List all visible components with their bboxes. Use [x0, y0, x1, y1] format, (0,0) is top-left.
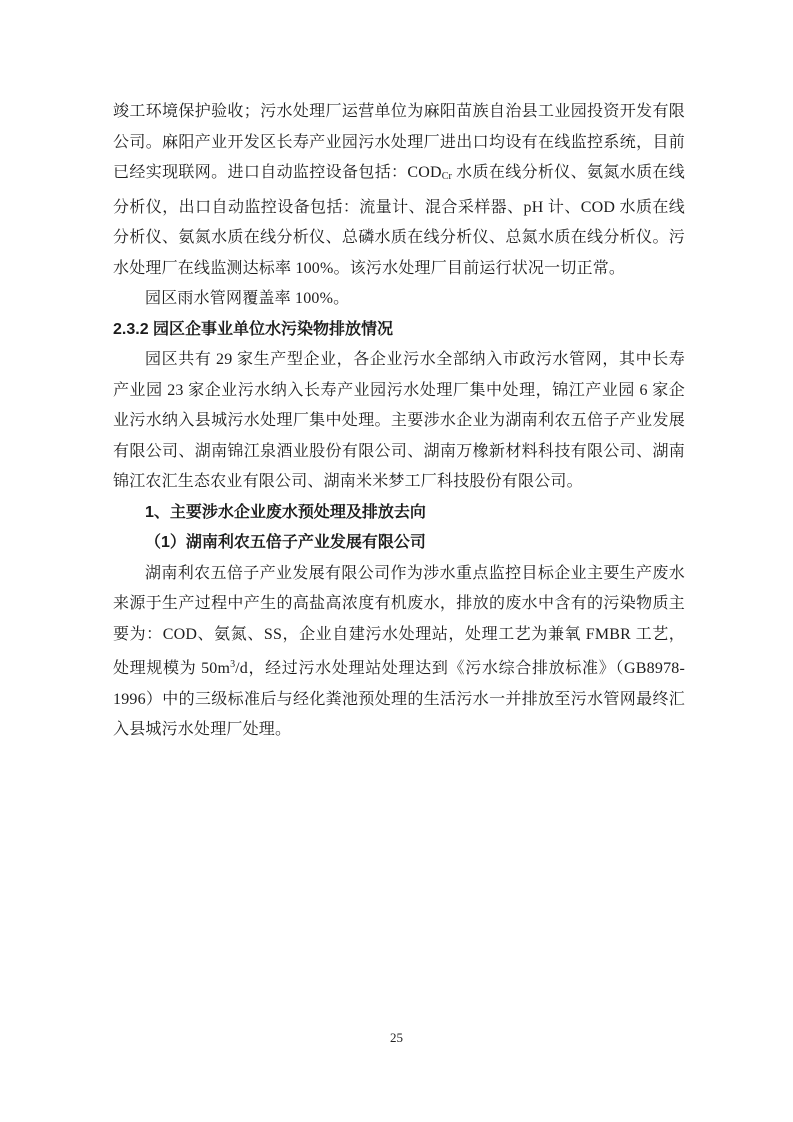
paragraph-company-1-detail: 湖南利农五倍子产业发展有限公司作为涉水重点监控目标企业主要生产废水来源于生产过程… — [113, 559, 685, 746]
cod-cr-subscript: Cr — [442, 171, 452, 182]
subheading-company-1: （1）湖南利农五倍子产业发展有限公司 — [113, 528, 685, 559]
document-page: 竣工环境保护验收；污水处理厂运营单位为麻阳苗族自治县工业园投资开发有限公司。麻阳… — [0, 0, 793, 1122]
page-number: 25 — [0, 1030, 793, 1046]
text-content: 竣工环境保护验收；污水处理厂运营单位为麻阳苗族自治县工业园投资开发有限公司。麻阳… — [113, 97, 685, 746]
section-heading-2-3-2: 2.3.2 园区企事业单位水污染物排放情况 — [113, 315, 685, 346]
paragraph-enterprises: 园区共有 29 家生产型企业，各企业污水全部纳入市政污水管网，其中长寿产业园 2… — [113, 345, 685, 498]
paragraph-monitoring: 竣工环境保护验收；污水处理厂运营单位为麻阳苗族自治县工业园投资开发有限公司。麻阳… — [113, 97, 685, 284]
paragraph-rainwater-coverage: 园区雨水管网覆盖率 100%。 — [113, 284, 685, 315]
subheading-pretreatment: 1、主要涉水企业废水预处理及排放去向 — [113, 498, 685, 529]
